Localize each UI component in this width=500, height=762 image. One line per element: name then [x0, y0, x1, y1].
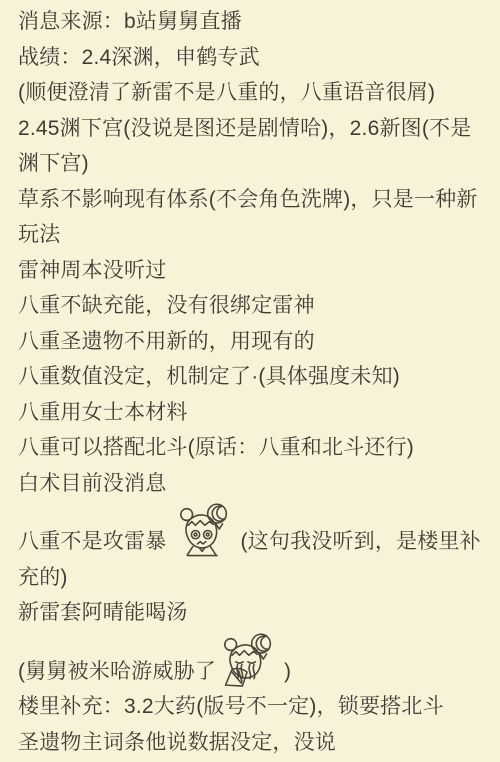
note-line-enkanomiya-wrap: 渊下宫) [18, 146, 484, 182]
note-line-dendro-wrap: 玩法 [18, 217, 484, 253]
note-line-dendro: 草系不影响现有体系(不会角色洗牌)，只是一种新 [18, 182, 484, 218]
note-line-yae-energy: 八重不缺充能，没有很绑定雷神 [18, 288, 484, 324]
note-line-keqing: 新雷套阿晴能喝汤 [18, 595, 484, 631]
note-line-yae-materials: 八重用女士本材料 [18, 395, 484, 431]
note-text-after-sticker: (这句我没听到，是楼里补 [234, 530, 480, 553]
leak-notes-page: 消息来源：b站舅舅直播 战绩：2.4深渊，申鹤专武 (顺便澄清了新雷不是八重的，… [0, 0, 500, 762]
note-line-threatened: (舅舅被米哈游威胁了 ) [18, 631, 484, 690]
note-text-before-sticker: 八重不是攻雷暴 [18, 530, 172, 553]
note-line-raiden-boss: 雷神周本没听过 [18, 253, 484, 289]
crying-chibi-girl-sticker-icon [219, 631, 275, 690]
note-line-yae-numbers: 八重数值没定，机制定了·(具体强度未知) [18, 359, 484, 395]
note-text-after-sticker: ) [278, 660, 291, 683]
note-line-yae-not-atk-wrap: 充的) [18, 560, 484, 596]
note-line-yae-artifact: 八重圣遗物不用新的，用现有的 [18, 324, 484, 360]
note-line-record: 战绩：2.4深渊，申鹤专武 [18, 40, 484, 76]
note-line-source: 消息来源：b站舅舅直播 [18, 4, 484, 40]
shocked-chibi-girl-sticker-icon [175, 501, 231, 560]
note-text-before-sticker: (舅舅被米哈游威胁了 [18, 660, 216, 683]
note-line-enkanomiya: 2.45渊下宫(没说是图还是剧情哈)，2.6新图(不是 [18, 111, 484, 147]
note-line-yae-not-atk: 八重不是攻雷暴 (这句我没听到，是楼里补 [18, 501, 484, 560]
note-line-clarify: (顺便澄清了新雷不是八重的，八重语音很屑) [18, 75, 484, 111]
note-line-yae-beidou: 八重可以搭配北斗(原话：八重和北斗还行) [18, 430, 484, 466]
note-line-addendum-wrap: 圣遗物主词条他说数据没定，没说 [18, 725, 484, 761]
note-line-baizhu: 白术目前没消息 [18, 466, 484, 502]
note-line-addendum: 楼里补充：3.2大药(版号不一定)，锁要搭北斗 [18, 689, 484, 725]
